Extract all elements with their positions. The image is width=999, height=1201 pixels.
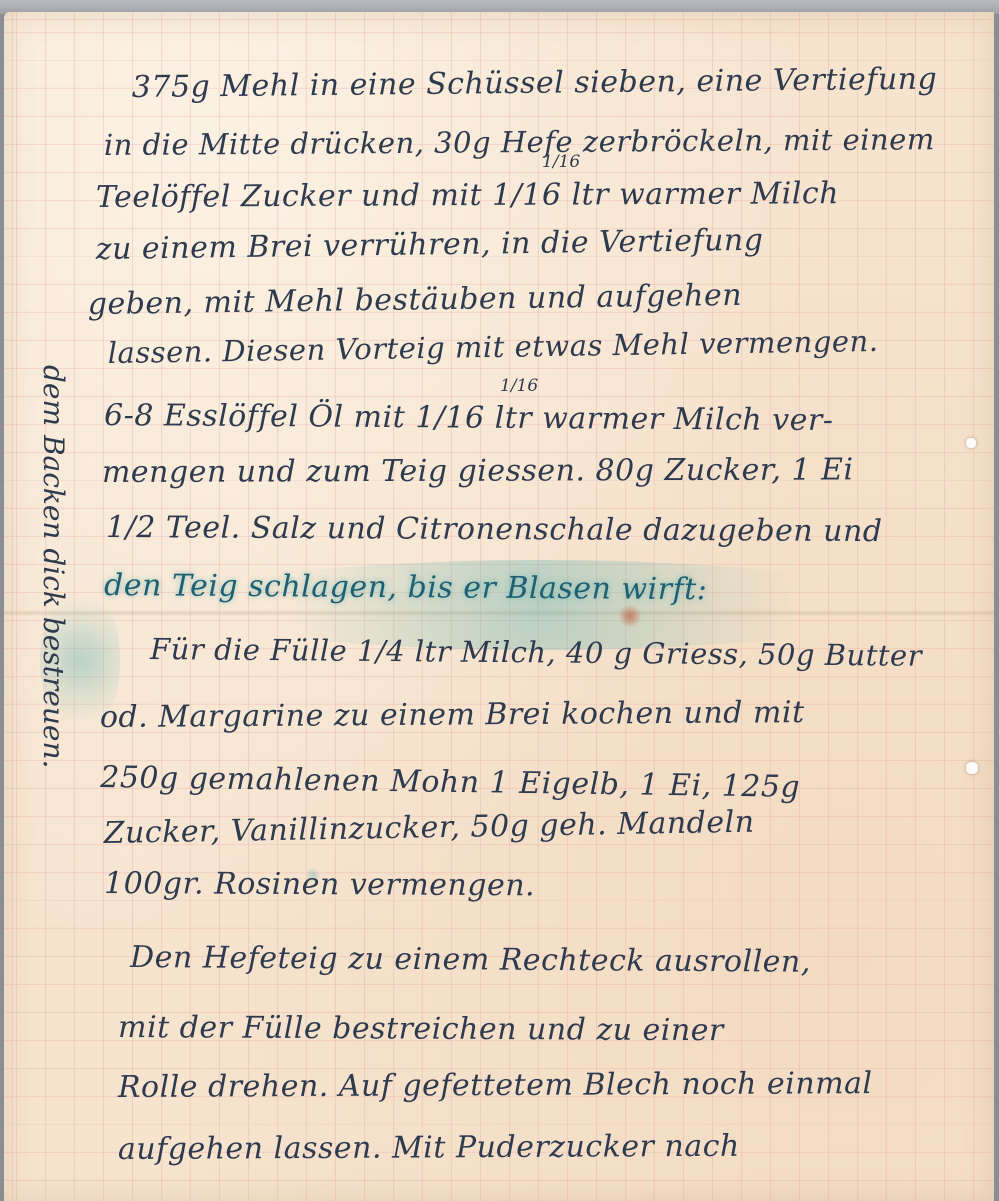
- recipe-line: Teelöffel Zucker und mit 1/16 ltr warmer…: [96, 176, 839, 215]
- paper-hole: [966, 438, 976, 448]
- recipe-line: Für die Fülle 1/4 ltr Milch, 40 g Griess…: [150, 632, 922, 673]
- recipe-line: 1/2 Teel. Salz und Citronenschale dazuge…: [106, 510, 883, 549]
- recipe-line: od. Margarine zu einem Brei kochen und m…: [100, 695, 805, 735]
- recipe-line: in die Mitte drücken, 30g Hefe zerbröcke…: [104, 122, 935, 162]
- margin-note-vertical: dem Backen dick bestreuen.: [37, 365, 70, 768]
- paper-hole: [966, 762, 978, 774]
- recipe-line: mit der Fülle bestreichen und zu einer: [118, 1010, 724, 1048]
- fraction-correction: 1/16: [500, 376, 538, 396]
- recipe-line: 6-8 Esslöffel Öl mit 1/16 ltr warmer Mil…: [104, 398, 834, 438]
- recipe-line: aufgehen lassen. Mit Puderzucker nach: [118, 1129, 740, 1167]
- fraction-correction: 1/16: [542, 152, 580, 172]
- paper-fold: [4, 610, 994, 616]
- recipe-line: 100gr. Rosinen vermengen.: [104, 866, 535, 903]
- recipe-line: mengen und zum Teig giessen. 80g Zucker,…: [102, 452, 854, 490]
- recipe-line-smudged: den Teig schlagen, bis er Blasen wirft:: [104, 568, 707, 607]
- recipe-line: Den Hefeteig zu einem Rechteck ausrollen…: [130, 940, 811, 980]
- recipe-line: Rolle drehen. Auf gefettetem Blech noch …: [118, 1066, 873, 1105]
